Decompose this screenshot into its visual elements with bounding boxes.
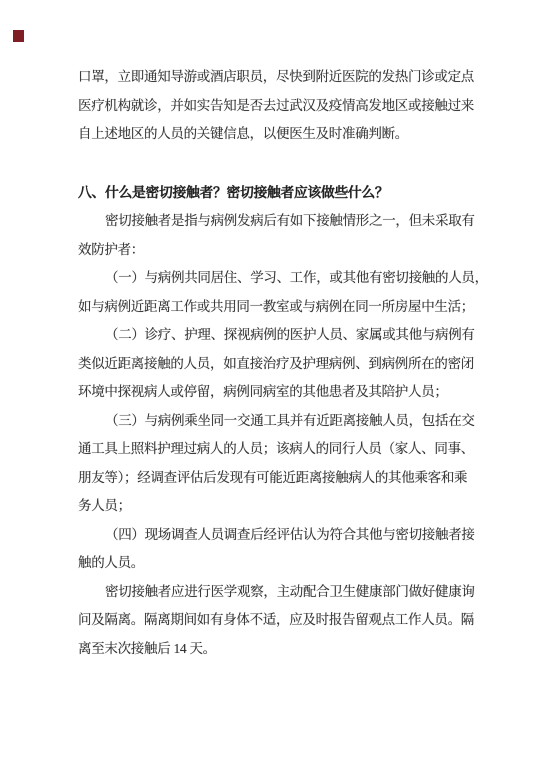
text-line: 自上述地区的人员的关键信息，以便医生及时准确判断。 [78, 120, 478, 149]
text-line: 离至末次接触后 14 天。 [78, 635, 478, 664]
text-line: 医疗机构就诊，并如实告知是否去过武汉及疫情高发地区或接触过来 [78, 92, 478, 121]
text-line: 类似近距离接触的人员，如直接治疗及护理病例、到病例所在的密闭 [78, 350, 478, 379]
text-line: 朋友等）；经调查评估后发现有可能近距离接触病人的其他乘客和乘 [78, 464, 478, 493]
paragraph-item-4: （四）现场调查人员调查后经评估认为符合其他与密切接触者接 触的人员。 [78, 521, 478, 578]
document-page: 口罩，立即通知导游或酒店职员，尽快到附近医院的发热门诊或定点 医疗机构就诊，并如… [0, 0, 543, 768]
text-line: （四）现场调查人员调查后经评估认为符合其他与密切接触者接 [78, 521, 478, 550]
text-line: 如与病例近距离工作或共用同一教室或与病例在同一所房屋中生活； [78, 293, 478, 322]
text-line: 环境中探视病人或停留，病例同病室的其他患者及其陪护人员； [78, 378, 478, 407]
text-line: （三）与病例乘坐同一交通工具并有近距离接触人员，包括在交 [78, 407, 478, 436]
paragraph-item-3: （三）与病例乘坐同一交通工具并有近距离接触人员，包括在交 通工具上照料护理过病人… [78, 407, 478, 521]
text-line: 口罩，立即通知导游或酒店职员，尽快到附近医院的发热门诊或定点 [78, 63, 478, 92]
text-line: 触的人员。 [78, 549, 478, 578]
paragraph-observation: 密切接触者应进行医学观察，主动配合卫生健康部门做好健康询 问及隔离。隔离期间如有… [78, 578, 478, 664]
text-line: 问及隔离。隔离期间如有身体不适，应及时报告留观点工作人员。隔 [78, 606, 478, 635]
document-body: 口罩，立即通知导游或酒店职员，尽快到附近医院的发热门诊或定点 医疗机构就诊，并如… [78, 63, 478, 663]
text-line: 通工具上照料护理过病人的人员；该病人的同行人员（家人、同事、 [78, 435, 478, 464]
text-line: （二）诊疗、护理、探视病例的医护人员、家属或其他与病例有 [78, 321, 478, 350]
paragraph-item-1: （一）与病例共同居住、学习、工作，或其他有密切接触的人员， 如与病例近距离工作或… [78, 264, 478, 321]
text-line: （一）与病例共同居住、学习、工作，或其他有密切接触的人员， [78, 264, 478, 293]
paragraph-definition: 密切接触者是指与病例发病后有如下接触情形之一，但未采取有 效防护者： [78, 207, 478, 264]
text-line: 效防护者： [78, 236, 478, 265]
text-line: 务人员； [78, 492, 478, 521]
red-corner-mark [13, 30, 24, 42]
text-line: 密切接触者应进行医学观察，主动配合卫生健康部门做好健康询 [78, 578, 478, 607]
section-heading: 八、什么是密切接触者？密切接触者应该做些什么？ [78, 179, 478, 208]
text-line: 密切接触者是指与病例发病后有如下接触情形之一，但未采取有 [78, 207, 478, 236]
paragraph-item-2: （二）诊疗、护理、探视病例的医护人员、家属或其他与病例有 类似近距离接触的人员，… [78, 321, 478, 407]
paragraph-continuation: 口罩，立即通知导游或酒店职员，尽快到附近医院的发热门诊或定点 医疗机构就诊，并如… [78, 63, 478, 149]
